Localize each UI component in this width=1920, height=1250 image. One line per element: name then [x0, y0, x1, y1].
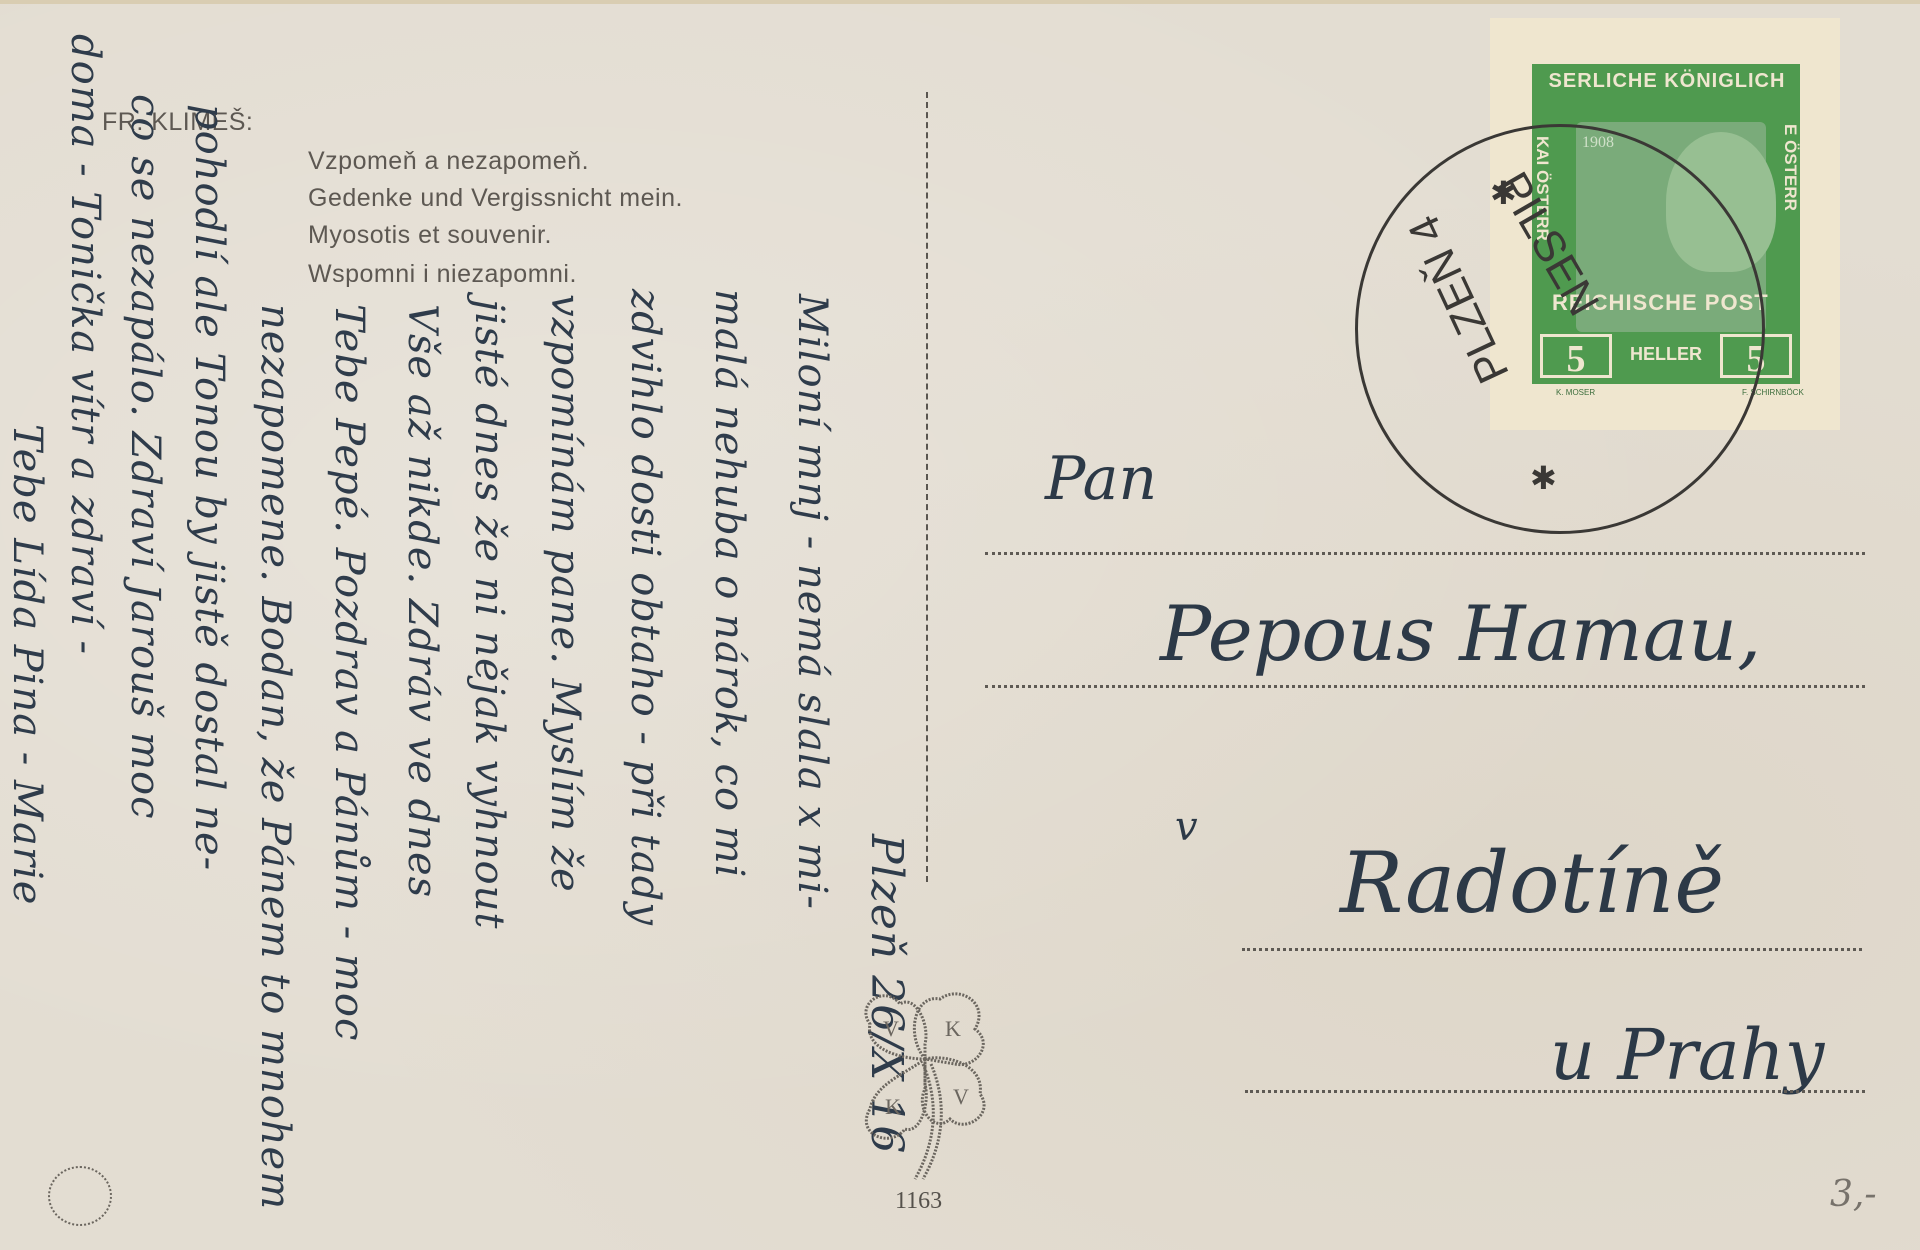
message-line: Vše až nikde. Zdráv ve dnes: [399, 304, 445, 898]
address-region: u Prahy: [1550, 1014, 1824, 1096]
postmark-star-icon: ✱: [1490, 174, 1517, 212]
address-line-1: [985, 552, 1865, 555]
verse-line-latin: Myosotis et souvenir.: [308, 221, 552, 250]
serial-number: 1163: [895, 1188, 942, 1215]
address-salutation: Pan: [1045, 444, 1157, 514]
address-line-4: [1245, 1090, 1865, 1093]
postmark-outer-text: PLZEŇ 4: [1399, 208, 1520, 391]
message-line: doma - Tonička vítr a zdraví -: [62, 34, 108, 655]
message-line: jisté dnes že ni nějak vyhnout: [466, 299, 512, 929]
address-preposition: v: [1175, 804, 1198, 850]
svg-text:V: V: [883, 1016, 899, 1041]
message-line: Miloní mnj - nemá slala x mi-: [789, 294, 835, 910]
postmark-star-icon: ✱: [1530, 459, 1557, 497]
verse-line-german: Gedenke und Vergissnicht mein.: [308, 184, 683, 213]
publisher-mark-icon: [48, 1166, 112, 1226]
message-line: vzpomínám pane. Myslím že: [542, 294, 588, 893]
message-line: nezapomene. Bodan, že Pánem to mnohem: [252, 304, 298, 1210]
stamp-right-text: E ÖSTERR: [1780, 124, 1800, 211]
message-line: co se nezapálo. Zdraví Jarouš moc: [122, 94, 168, 820]
stamp-top-text: SERLICHE KÖNIGLICH: [1544, 70, 1790, 93]
svg-text:K: K: [945, 1016, 961, 1041]
postmark: PLZEŇ 4 PILSEN ✱ ✱: [1380, 154, 1740, 514]
svg-text:V: V: [953, 1084, 969, 1109]
address-town: Radotíně: [1340, 834, 1724, 932]
clover-logo-icon: K V K V: [845, 964, 1005, 1184]
message-line: zdvihlo dosti obtaho - při tady: [622, 289, 668, 926]
svg-text:K: K: [885, 1094, 901, 1119]
verse-line-polish: Wspomni i niezapomni.: [308, 260, 577, 289]
message-line: Tebe Pepé. Pozdrav a Pánům - moc: [326, 304, 372, 1041]
message-line: malá nehuba o nárok, co mi: [706, 289, 752, 878]
verse-line-czech: Vzpomeň a nezapomeň.: [308, 147, 589, 176]
address-line-2: [985, 685, 1865, 688]
pencil-price-note: 3,-: [1830, 1174, 1877, 1215]
address-name: Pepous Hamau,: [1160, 589, 1761, 678]
postcard: FR. KLIMEŠ: Vzpomeň a nezapomeň. Gedenke…: [0, 0, 1920, 1250]
address-line-3: [1242, 948, 1862, 951]
message-line: Tebe Lída Pina - Marie: [4, 424, 50, 905]
divider-line: [926, 92, 928, 882]
message-line: pohodlí ale Tonou by jistě dostal ne-: [186, 104, 232, 871]
